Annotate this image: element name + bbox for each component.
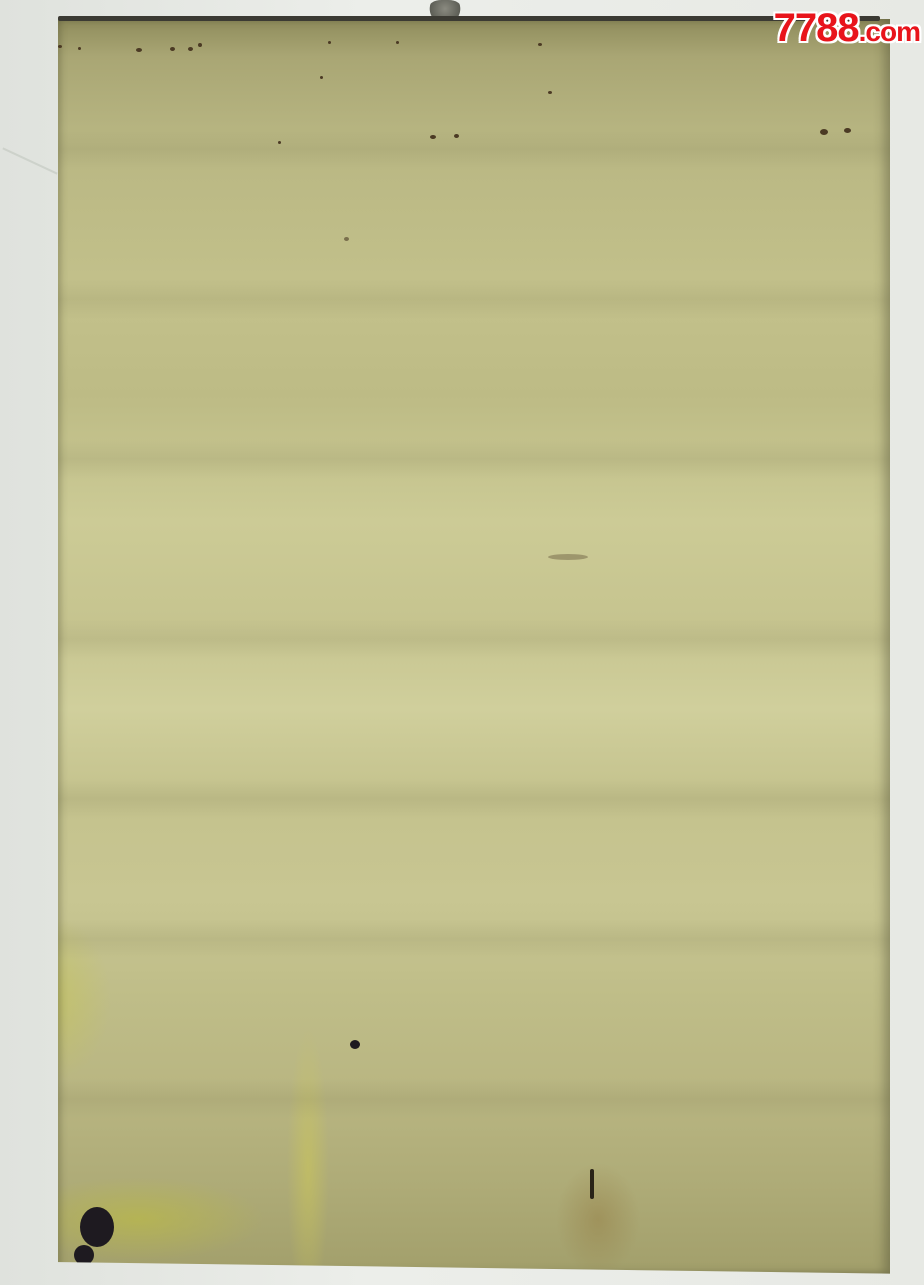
aged-paper-scroll	[58, 19, 890, 1274]
shadow-band	[58, 779, 890, 819]
foxing-spot	[454, 134, 459, 138]
foxing-spot	[198, 43, 202, 47]
foxing-spot	[328, 41, 331, 44]
ink-stain	[74, 1245, 94, 1265]
stain-streak	[548, 554, 588, 560]
shadow-band	[58, 279, 890, 319]
ink-spot	[350, 1040, 360, 1049]
foxing-spot	[278, 141, 281, 144]
foxing-spot	[538, 43, 542, 46]
foxing-spot	[820, 129, 828, 135]
foxing-spot	[396, 41, 399, 44]
site-watermark: 7788.com	[774, 8, 920, 48]
foxing-spot	[844, 128, 851, 133]
foxing-spot	[170, 47, 175, 51]
ink-streak	[590, 1169, 594, 1199]
foxing-spot	[78, 47, 81, 50]
shadow-band	[58, 439, 890, 479]
foxing-spot	[344, 237, 349, 241]
scroll-top-rod	[58, 16, 880, 21]
foxing-spot	[430, 135, 436, 139]
shadow-band	[58, 619, 890, 659]
shadow-band	[58, 1079, 890, 1119]
foxing-spot	[320, 76, 323, 79]
shadow-band	[58, 129, 890, 169]
foxing-spot	[58, 45, 62, 48]
foxing-spot	[188, 47, 193, 51]
watermark-number: 7788	[774, 6, 859, 50]
ink-stain	[80, 1207, 114, 1247]
shadow-band	[58, 919, 890, 959]
foxing-spot	[136, 48, 142, 52]
foxing-spot	[548, 91, 552, 94]
watermark-domain: .com	[859, 16, 920, 47]
